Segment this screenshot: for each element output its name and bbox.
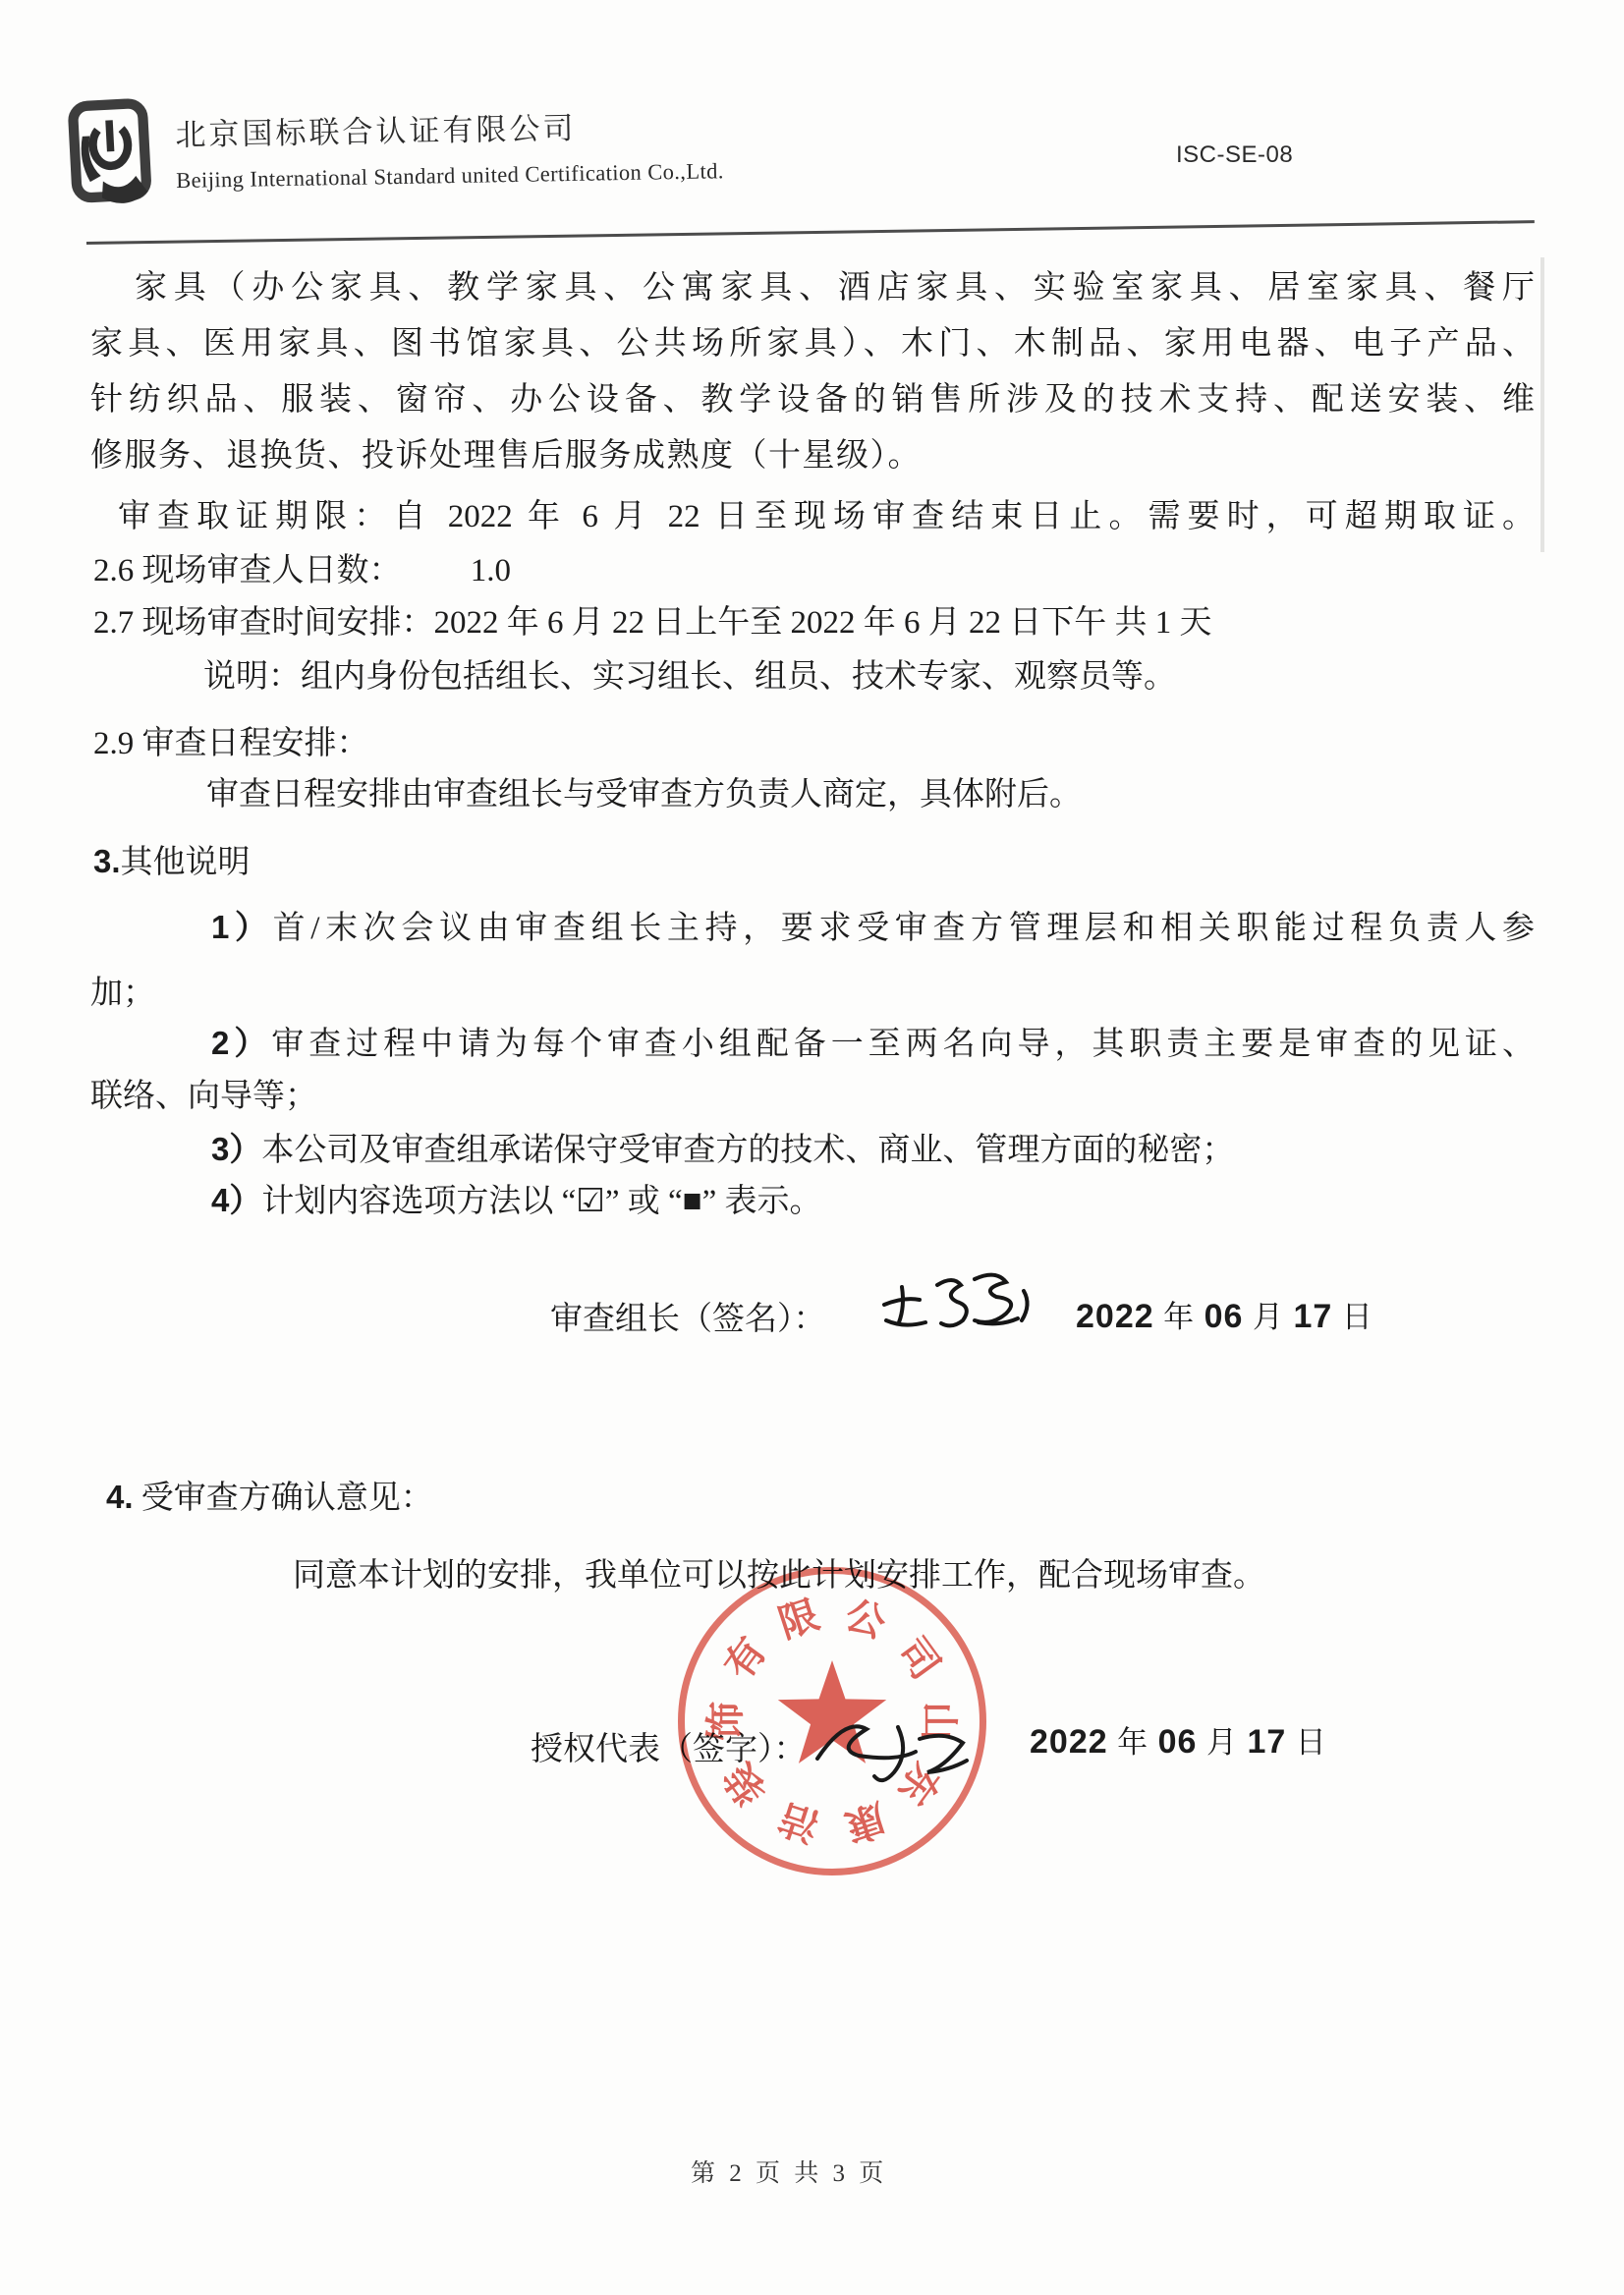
leader-sign-label: 审查组长（签名）： [550, 1299, 826, 1342]
header-rule [86, 220, 1535, 245]
company-name-block: 北京国标联合认证有限公司 Beijing International Stand… [175, 100, 724, 194]
stamp-ring-char: 康 [839, 1798, 893, 1852]
item-2-6-label: 2.6 现场审查人日数： [93, 553, 402, 588]
note-item-1-line-1: 1）首/末次会议由审查组长主持，要求受审查方管理层和相关职能过程负责人参 [211, 906, 1535, 951]
leader-date-day: 17 [1293, 1298, 1332, 1335]
leader-date-year-unit: 年 [1163, 1300, 1195, 1334]
rep-date-year-unit: 年 [1117, 1725, 1148, 1760]
note-item-4-text: 计划内容选项方法以 “☑” 或 “■” 表示。 [261, 1184, 821, 1219]
item-2-6: 2.6 现场审查人日数： 1.0 [93, 550, 511, 593]
leader-date-day-unit: 日 [1342, 1300, 1373, 1334]
document-page: 北京国标联合认证有限公司 Beijing International Stand… [0, 0, 1624, 2295]
rep-signature-handwriting [804, 1698, 990, 1801]
note-item-1-line-2: 加； [90, 973, 155, 1016]
note-item-4-number: 4） [211, 1182, 261, 1218]
item-2-9-detail: 审查日程安排由审查组长与受审查方负责人商定，具体附后。 [206, 774, 1082, 817]
note-item-4-line: 4）计划内容选项方法以 “☑” 或 “■” 表示。 [211, 1179, 821, 1224]
note-item-3-line: 3）本公司及审查组承诺保守受审查方的技术、商业、管理方面的秘密； [211, 1128, 1234, 1173]
section-3-number: 3. [93, 843, 121, 879]
note-item-3-text: 本公司及审查组承诺保守受审查方的技术、商业、管理方面的秘密； [261, 1133, 1234, 1168]
item-2-9: 2.9 审查日程安排： [93, 723, 369, 766]
page-footer: 第 2 页 共 3 页 [691, 2154, 887, 2189]
scan-artifact [1540, 257, 1544, 552]
leader-date-year: 2022 [1076, 1298, 1154, 1335]
scope-line-2: 家具、医用家具、图书馆家具、公共场所家具）、木门、木制品、家用电器、电子产品、 [90, 323, 1535, 366]
scope-line-1: 家具（办公家具、教学家具、公寓家具、酒店家具、实验室家具、居室家具、餐厅 [135, 267, 1535, 310]
doc-code: ISC-SE-08 [1176, 141, 1293, 169]
company-name-cn: 北京国标联合认证有限公司 [175, 100, 723, 154]
leader-date-month-unit: 月 [1253, 1300, 1284, 1334]
rep-sign-date: 2022 年 06 月 17 日 [1030, 1717, 1327, 1762]
certification-logo-icon [66, 94, 154, 214]
stamp-ring-char: 限 [770, 1589, 824, 1643]
scope-line-4: 修服务、退换货、投诉处理售后服务成熟度（十星级）。 [90, 435, 922, 478]
rep-date-month: 06 [1158, 1723, 1198, 1761]
note-item-2-number: 2） [211, 1025, 271, 1061]
note-item-2-line-2: 联络、向导等； [90, 1076, 317, 1119]
stamp-ring-char: 有 [712, 1626, 772, 1686]
note-item-1-number: 1） [211, 909, 273, 945]
scope-line-3: 针纺织品、服装、窗帘、办公设备、教学设备的销售所涉及的技术支持、配送安装、维 [90, 379, 1535, 422]
rep-date-year: 2022 [1030, 1723, 1108, 1761]
team-note-line: 说明：组内身份包括组长、实习组长、组员、技术专家、观察员等。 [203, 656, 1176, 700]
rep-date-day-unit: 日 [1296, 1725, 1327, 1760]
item-2-7: 2.7 现场审查时间安排：2022 年 6 月 22 日上午至 2022 年 6… [93, 602, 1212, 645]
company-logo [66, 94, 154, 219]
item-2-6-value: 1.0 [471, 553, 511, 588]
stamp-ring-char: 饰 [700, 1700, 744, 1743]
stamp-ring-char: 司 [891, 1626, 951, 1686]
stamp-ring-char: 装 [712, 1756, 772, 1816]
leader-signature-handwriting [876, 1265, 1053, 1359]
section-3-heading: 3.其他说明 [93, 840, 251, 885]
rep-date-day: 17 [1247, 1723, 1286, 1761]
leader-date-month: 06 [1204, 1298, 1244, 1335]
note-item-1-text: 首/末次会议由审查组长主持，要求受审查方管理层和相关职能过程负责人参 [273, 911, 1535, 946]
section-4-heading: 4. 受审查方确认意见： [106, 1476, 433, 1521]
stamp-ring-char: 公 [839, 1589, 893, 1643]
company-name-en: Beijing International Standard united Ce… [176, 158, 724, 194]
section-3-title: 其他说明 [121, 845, 251, 880]
section-4-number: 4. [106, 1479, 134, 1515]
leader-sign-date: 2022 年 06 月 17 日 [1076, 1292, 1373, 1336]
note-item-3-number: 3） [211, 1131, 261, 1167]
section-4-title: 受审查方确认意见： [141, 1481, 433, 1516]
rep-date-month-unit: 月 [1206, 1725, 1238, 1760]
note-item-2-text: 审查过程中请为每个审查小组配备一至两名向导，其职责主要是审查的见证、 [271, 1027, 1535, 1062]
stamp-ring-char: 洁 [770, 1798, 824, 1852]
note-item-2-line-1: 2）审查过程中请为每个审查小组配备一至两名向导，其职责主要是审查的见证、 [211, 1022, 1535, 1067]
audit-period-line: 审查取证期限：自 2022 年 6 月 22 日至现场审查结束日止。需要时，可超… [118, 496, 1535, 539]
